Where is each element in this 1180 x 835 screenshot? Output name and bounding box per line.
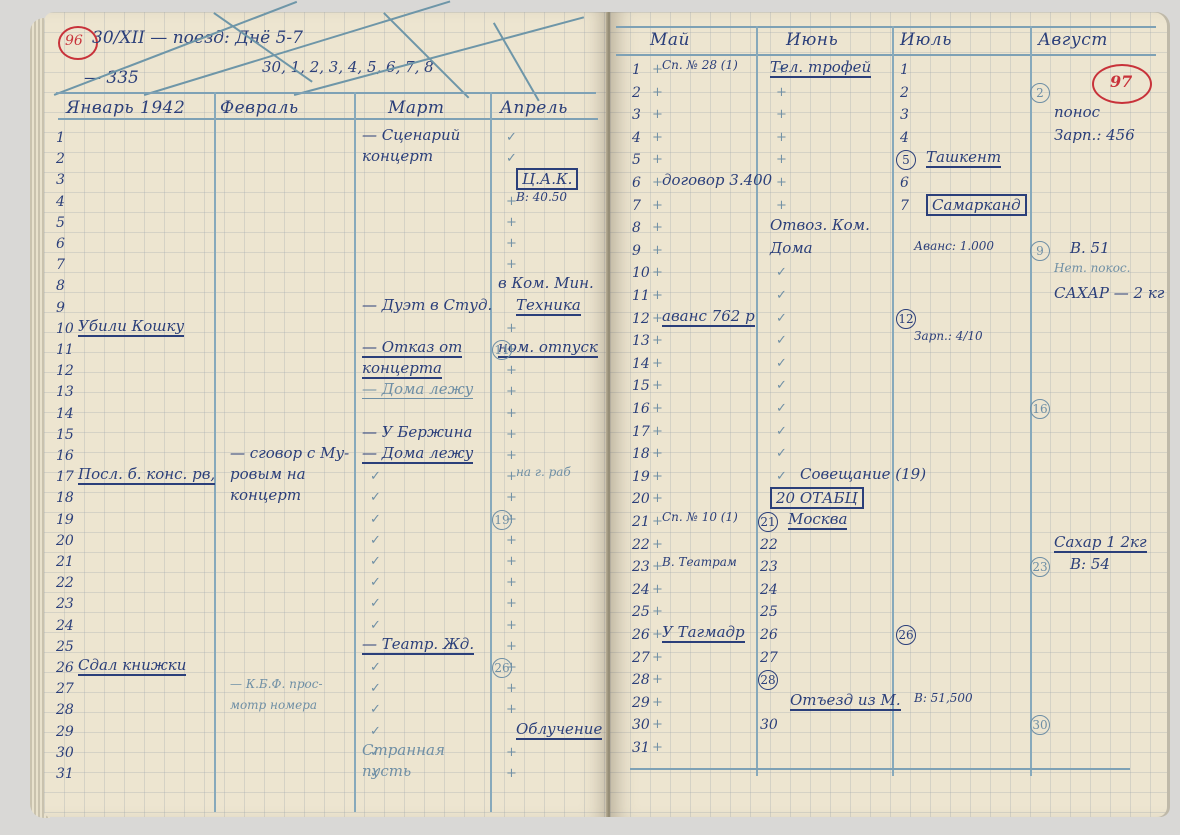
day-number: 22 xyxy=(56,575,74,591)
checkmark-icon: ✓ xyxy=(776,446,787,461)
page-number-right: 97 xyxy=(1110,74,1132,90)
circled-day-mark: 26 xyxy=(492,658,512,678)
checkmark-icon: ✓ xyxy=(370,618,381,633)
circled-number: 2 xyxy=(1030,83,1050,103)
plus-mark-icon: + xyxy=(776,130,787,145)
calendar-entry: САХАР — 2 кг xyxy=(1054,284,1164,302)
plus-mark-icon: + xyxy=(776,152,787,167)
calendar-entry: В: 54 xyxy=(1070,555,1110,573)
plus-mark-icon: + xyxy=(506,766,517,781)
crossout-line xyxy=(294,16,584,95)
day-number: 20 xyxy=(632,491,650,507)
day-number: 15 xyxy=(56,427,74,443)
column-header-apr: Апрель xyxy=(500,98,568,118)
plus-mark-icon: + xyxy=(652,288,663,303)
day-number: 30 xyxy=(632,717,650,733)
checkmark-icon: ✓ xyxy=(370,681,381,696)
calendar-entry: Зарп.: 456 xyxy=(1054,126,1135,144)
day-number: 30 xyxy=(760,717,778,733)
day-number: 16 xyxy=(632,401,650,417)
circled-number: 28 xyxy=(758,670,778,690)
plus-mark-icon: + xyxy=(652,491,663,506)
day-number: 4 xyxy=(900,130,909,146)
circled-number: 30 xyxy=(1030,715,1050,735)
day-number: 8 xyxy=(56,278,65,294)
calendar-entry: — Дуэт в Студ. xyxy=(362,296,492,314)
day-number: 12 xyxy=(56,363,74,379)
plus-mark-icon: + xyxy=(776,107,787,122)
day-number: 26 xyxy=(56,660,74,676)
day-number: 6 xyxy=(56,236,65,252)
plus-mark-icon: + xyxy=(506,215,517,230)
day-number: 29 xyxy=(56,724,74,740)
plus-mark-icon: + xyxy=(652,582,663,597)
circled-day-mark: 23 xyxy=(1030,557,1050,577)
header-bottom-rule xyxy=(58,118,598,120)
plus-mark-icon: + xyxy=(506,533,517,548)
checkmark-icon: ✓ xyxy=(776,333,787,348)
checkmark-icon: ✓ xyxy=(506,130,517,145)
calendar-entry: В. 51 xyxy=(1070,239,1110,257)
day-number: 3 xyxy=(900,107,909,123)
calendar-entry: Странная xyxy=(362,741,445,759)
day-number: 26 xyxy=(632,627,650,643)
day-number: 6 xyxy=(900,175,909,191)
calendar-entry: Москва xyxy=(788,510,847,530)
plus-mark-icon: + xyxy=(652,740,663,755)
calendar-entry: Отъезд из М. xyxy=(790,691,901,711)
day-number: 25 xyxy=(760,604,778,620)
plus-mark-icon: + xyxy=(652,695,663,710)
day-number: 11 xyxy=(632,288,650,304)
plus-mark-icon: + xyxy=(652,378,663,393)
calendar-entry: — Сценарий xyxy=(362,126,460,144)
calendar-entry: Посл. б. конс. рв, xyxy=(78,465,215,485)
plus-mark-icon: + xyxy=(652,130,663,145)
calendar-entry: Сдал книжки xyxy=(78,656,186,676)
day-number: 2 xyxy=(632,85,641,101)
checkmark-icon: ✓ xyxy=(370,724,381,739)
day-number: 21 xyxy=(56,554,74,570)
right-page: Май Июнь Июль Август 97 1+2+3+4+5+6+7+8+… xyxy=(610,12,1167,817)
day-number: 29 xyxy=(632,695,650,711)
calendar-entry: аванс 762 р xyxy=(662,307,755,327)
day-number: 7 xyxy=(900,198,909,214)
day-number: 31 xyxy=(56,766,74,782)
circled-day-mark: 21 xyxy=(758,512,778,532)
checkmark-icon: ✓ xyxy=(776,401,787,416)
column-divider xyxy=(214,92,216,812)
day-number: 5 xyxy=(56,215,65,231)
circled-day-mark: 11 xyxy=(492,340,512,360)
day-number: 9 xyxy=(56,300,65,316)
circled-day-mark: 12 xyxy=(896,309,916,329)
calendar-entry: — У Бержина xyxy=(362,423,472,441)
calendar-entry: договор 3.400 xyxy=(662,171,772,189)
day-number: 8 xyxy=(632,220,641,236)
day-number: 18 xyxy=(56,490,74,506)
calendar-entry: Сахар 1 2кг xyxy=(1054,533,1147,553)
day-number: 6 xyxy=(632,175,641,191)
plus-mark-icon: + xyxy=(652,604,663,619)
calendar-entry: Облучение xyxy=(516,720,602,740)
calendar-entry: Убили Кошку xyxy=(78,317,184,337)
plus-mark-icon: + xyxy=(506,363,517,378)
plus-mark-icon: + xyxy=(652,243,663,258)
plus-mark-icon: + xyxy=(652,469,663,484)
day-number: 1 xyxy=(56,130,65,146)
plus-mark-icon: + xyxy=(776,198,787,213)
plus-mark-icon: + xyxy=(652,717,663,732)
column-divider xyxy=(756,26,758,776)
plus-mark-icon: + xyxy=(506,596,517,611)
column-divider xyxy=(354,92,356,812)
calendar-entry: пусть xyxy=(362,762,411,780)
calendar-entry: — сговор с Му- xyxy=(230,444,349,462)
checkmark-icon: ✓ xyxy=(776,424,787,439)
day-number: 26 xyxy=(760,627,778,643)
day-number: 2 xyxy=(900,85,909,101)
calendar-entry: Сп. № 10 (1) xyxy=(662,510,738,524)
day-number: 4 xyxy=(56,194,65,210)
calendar-entry: на г. раб xyxy=(516,465,571,479)
calendar-entry: Отвоз. Ком. xyxy=(770,216,870,234)
plus-mark-icon: + xyxy=(652,650,663,665)
plus-mark-icon: + xyxy=(506,575,517,590)
day-number: 2 xyxy=(56,151,65,167)
plus-mark-icon: + xyxy=(776,85,787,100)
circled-day-mark: 28 xyxy=(758,670,778,690)
checkmark-icon: ✓ xyxy=(776,311,787,326)
calendar-entry: Аванс: 1.000 xyxy=(914,239,994,253)
calendar-entry: В: 40.50 xyxy=(516,190,567,204)
circled-number: 9 xyxy=(1030,241,1050,261)
plus-mark-icon: + xyxy=(652,265,663,280)
plus-mark-icon: + xyxy=(506,639,517,654)
checkmark-icon: ✓ xyxy=(370,660,381,675)
plus-mark-icon: + xyxy=(506,681,517,696)
plus-mark-icon: + xyxy=(652,672,663,687)
circled-number: 26 xyxy=(896,625,916,645)
day-number: 31 xyxy=(632,740,650,756)
header-bottom-rule xyxy=(616,54,1156,56)
day-number: 13 xyxy=(56,384,74,400)
plus-mark-icon: + xyxy=(652,356,663,371)
plus-mark-icon: + xyxy=(652,220,663,235)
circled-day-mark: 5 xyxy=(896,150,916,170)
plus-mark-icon: + xyxy=(506,490,517,505)
day-number: 14 xyxy=(56,406,74,422)
circled-day-mark: 19 xyxy=(492,510,512,530)
checkmark-icon: ✓ xyxy=(776,288,787,303)
day-number: 1 xyxy=(900,62,909,78)
checkmark-icon: ✓ xyxy=(370,554,381,569)
header-top-rule xyxy=(56,92,596,94)
checkmark-icon: ✓ xyxy=(370,469,381,484)
plus-mark-icon: + xyxy=(506,745,517,760)
checkmark-icon: ✓ xyxy=(776,469,787,484)
plus-mark-icon: + xyxy=(652,152,663,167)
day-number: 25 xyxy=(632,604,650,620)
plus-mark-icon: + xyxy=(506,448,517,463)
day-number: 25 xyxy=(56,639,74,655)
plus-mark-icon: + xyxy=(652,537,663,552)
calendar-entry: Ц.А.К. xyxy=(516,168,578,190)
calendar-entry: Тел. трофей xyxy=(770,58,871,78)
calendar-entry: концерт xyxy=(362,147,433,165)
plus-mark-icon: + xyxy=(506,618,517,633)
day-number: 10 xyxy=(56,321,74,337)
day-number: 17 xyxy=(56,469,74,485)
day-number: 4 xyxy=(632,130,641,146)
calendar-entry: — К.Б.Ф. прос- xyxy=(230,677,323,691)
checkmark-icon: ✓ xyxy=(776,356,787,371)
plus-mark-icon: + xyxy=(506,554,517,569)
calendar-entry: мотр номера xyxy=(230,698,317,712)
calendar-entry: Ташкент xyxy=(926,148,1001,168)
circled-number: 5 xyxy=(896,150,916,170)
checkmark-icon: ✓ xyxy=(506,151,517,166)
calendar-entry: Совещание (19) xyxy=(800,465,926,483)
calendar-entry: Самарканд xyxy=(926,194,1027,216)
circled-number: 23 xyxy=(1030,557,1050,577)
circled-day-mark: 30 xyxy=(1030,715,1050,735)
calendar-entry: Сп. № 28 (1) xyxy=(662,58,738,72)
calendar-entry: понос xyxy=(1054,103,1100,121)
day-number: 1 xyxy=(632,62,641,78)
calendar-entry: 20 ОТАБЦ xyxy=(770,487,864,509)
day-number: 22 xyxy=(632,537,650,553)
calendar-entry: Нет. покос. xyxy=(1054,261,1130,275)
day-number: 23 xyxy=(56,596,74,612)
day-number: 19 xyxy=(56,512,74,528)
calendar-entry: Дома xyxy=(770,239,813,257)
calendar-entry: В. Театрам xyxy=(662,555,737,569)
calendar-entry: концерт xyxy=(230,486,301,504)
column-divider xyxy=(892,26,894,776)
checkmark-icon: ✓ xyxy=(370,575,381,590)
plus-mark-icon: + xyxy=(652,85,663,100)
day-number: 20 xyxy=(56,533,74,549)
column-header-jul: Июль xyxy=(900,30,952,50)
plus-mark-icon: + xyxy=(652,446,663,461)
calendar-entry: в Ком. Мин. xyxy=(498,274,594,292)
bottom-rule xyxy=(630,768,1130,770)
calendar-entry: Зарп.: 4/10 xyxy=(914,329,983,343)
checkmark-icon: ✓ xyxy=(776,378,787,393)
circled-day-mark: 9 xyxy=(1030,241,1050,261)
circled-number: 16 xyxy=(1030,399,1050,419)
circled-number: 19 xyxy=(492,510,512,530)
day-number: 13 xyxy=(632,333,650,349)
day-number: 27 xyxy=(760,650,778,666)
day-number: 17 xyxy=(632,424,650,440)
calendar-entry: — Театр. Жд. xyxy=(362,635,474,655)
page-number-left: 96 xyxy=(65,34,83,48)
column-header-feb: Февраль xyxy=(220,98,299,118)
day-number: 3 xyxy=(632,107,641,123)
day-number: 15 xyxy=(632,378,650,394)
calendar-entry: В: 51,500 xyxy=(914,691,973,705)
circled-number: 12 xyxy=(896,309,916,329)
calendar-entry: ном. отпуск xyxy=(498,338,598,358)
plus-mark-icon: + xyxy=(506,236,517,251)
day-number: 11 xyxy=(56,342,74,358)
calendar-entry: концерта xyxy=(362,359,442,379)
calendar-entry: — Отказ от xyxy=(362,338,462,358)
circled-day-mark: 2 xyxy=(1030,83,1050,103)
day-number: 24 xyxy=(56,618,74,634)
column-header-jan: Январь 1942 xyxy=(66,98,185,118)
circled-day-mark: 26 xyxy=(896,625,916,645)
day-number: 9 xyxy=(632,243,641,259)
plus-mark-icon: + xyxy=(506,257,517,272)
circled-number: 21 xyxy=(758,512,778,532)
day-number: 7 xyxy=(632,198,641,214)
plus-mark-icon: + xyxy=(652,333,663,348)
crossout-line xyxy=(383,12,469,98)
plus-mark-icon: + xyxy=(652,198,663,213)
plus-mark-icon: + xyxy=(506,321,517,336)
day-number: 18 xyxy=(632,446,650,462)
plus-mark-icon: + xyxy=(652,401,663,416)
column-header-aug: Август xyxy=(1038,30,1108,50)
checkmark-icon: ✓ xyxy=(370,490,381,505)
checkmark-icon: ✓ xyxy=(370,596,381,611)
day-number: 10 xyxy=(632,265,650,281)
column-header-may: Май xyxy=(650,30,690,50)
plus-mark-icon: + xyxy=(506,427,517,442)
day-number: 27 xyxy=(56,681,74,697)
plus-mark-icon: + xyxy=(652,107,663,122)
checkmark-icon: ✓ xyxy=(370,512,381,527)
checkmark-icon: ✓ xyxy=(370,702,381,717)
day-number: 16 xyxy=(56,448,74,464)
circled-day-mark: 16 xyxy=(1030,399,1050,419)
day-number: 22 xyxy=(760,537,778,553)
plus-mark-icon: + xyxy=(776,175,787,190)
day-number: 21 xyxy=(632,514,650,530)
day-number: 12 xyxy=(632,311,650,327)
day-number: 14 xyxy=(632,356,650,372)
day-number: 30 xyxy=(56,745,74,761)
day-number: 5 xyxy=(632,152,641,168)
calendar-entry: У Тагмадр xyxy=(662,623,745,643)
day-number: 23 xyxy=(632,559,650,575)
day-number: 27 xyxy=(632,650,650,666)
circled-number: 11 xyxy=(492,340,512,360)
plus-mark-icon: + xyxy=(506,384,517,399)
circled-number: 26 xyxy=(492,658,512,678)
day-number: 24 xyxy=(632,582,650,598)
day-number: 3 xyxy=(56,172,65,188)
left-page: 96 30/XII — поезд: Днё 5-7 — 335 30, 1, … xyxy=(44,12,609,817)
plus-mark-icon: + xyxy=(506,702,517,717)
calendar-entry: — Дома лежу xyxy=(362,444,473,464)
day-number: 24 xyxy=(760,582,778,598)
calendar-entry: — Дома лежу xyxy=(362,380,473,399)
calendar-entry: ровым на xyxy=(230,465,306,483)
column-header-jun: Июнь xyxy=(786,30,838,50)
day-number: 19 xyxy=(632,469,650,485)
plus-mark-icon: + xyxy=(506,406,517,421)
day-number: 28 xyxy=(632,672,650,688)
header-top-rule xyxy=(616,26,1156,28)
calendar-entry: Техника xyxy=(516,296,581,316)
checkmark-icon: ✓ xyxy=(370,533,381,548)
column-header-mar: Март xyxy=(388,98,445,118)
column-divider xyxy=(490,92,492,812)
day-number: 28 xyxy=(56,702,74,718)
day-number: 23 xyxy=(760,559,778,575)
day-number: 7 xyxy=(56,257,65,273)
checkmark-icon: ✓ xyxy=(776,265,787,280)
plus-mark-icon: + xyxy=(652,424,663,439)
